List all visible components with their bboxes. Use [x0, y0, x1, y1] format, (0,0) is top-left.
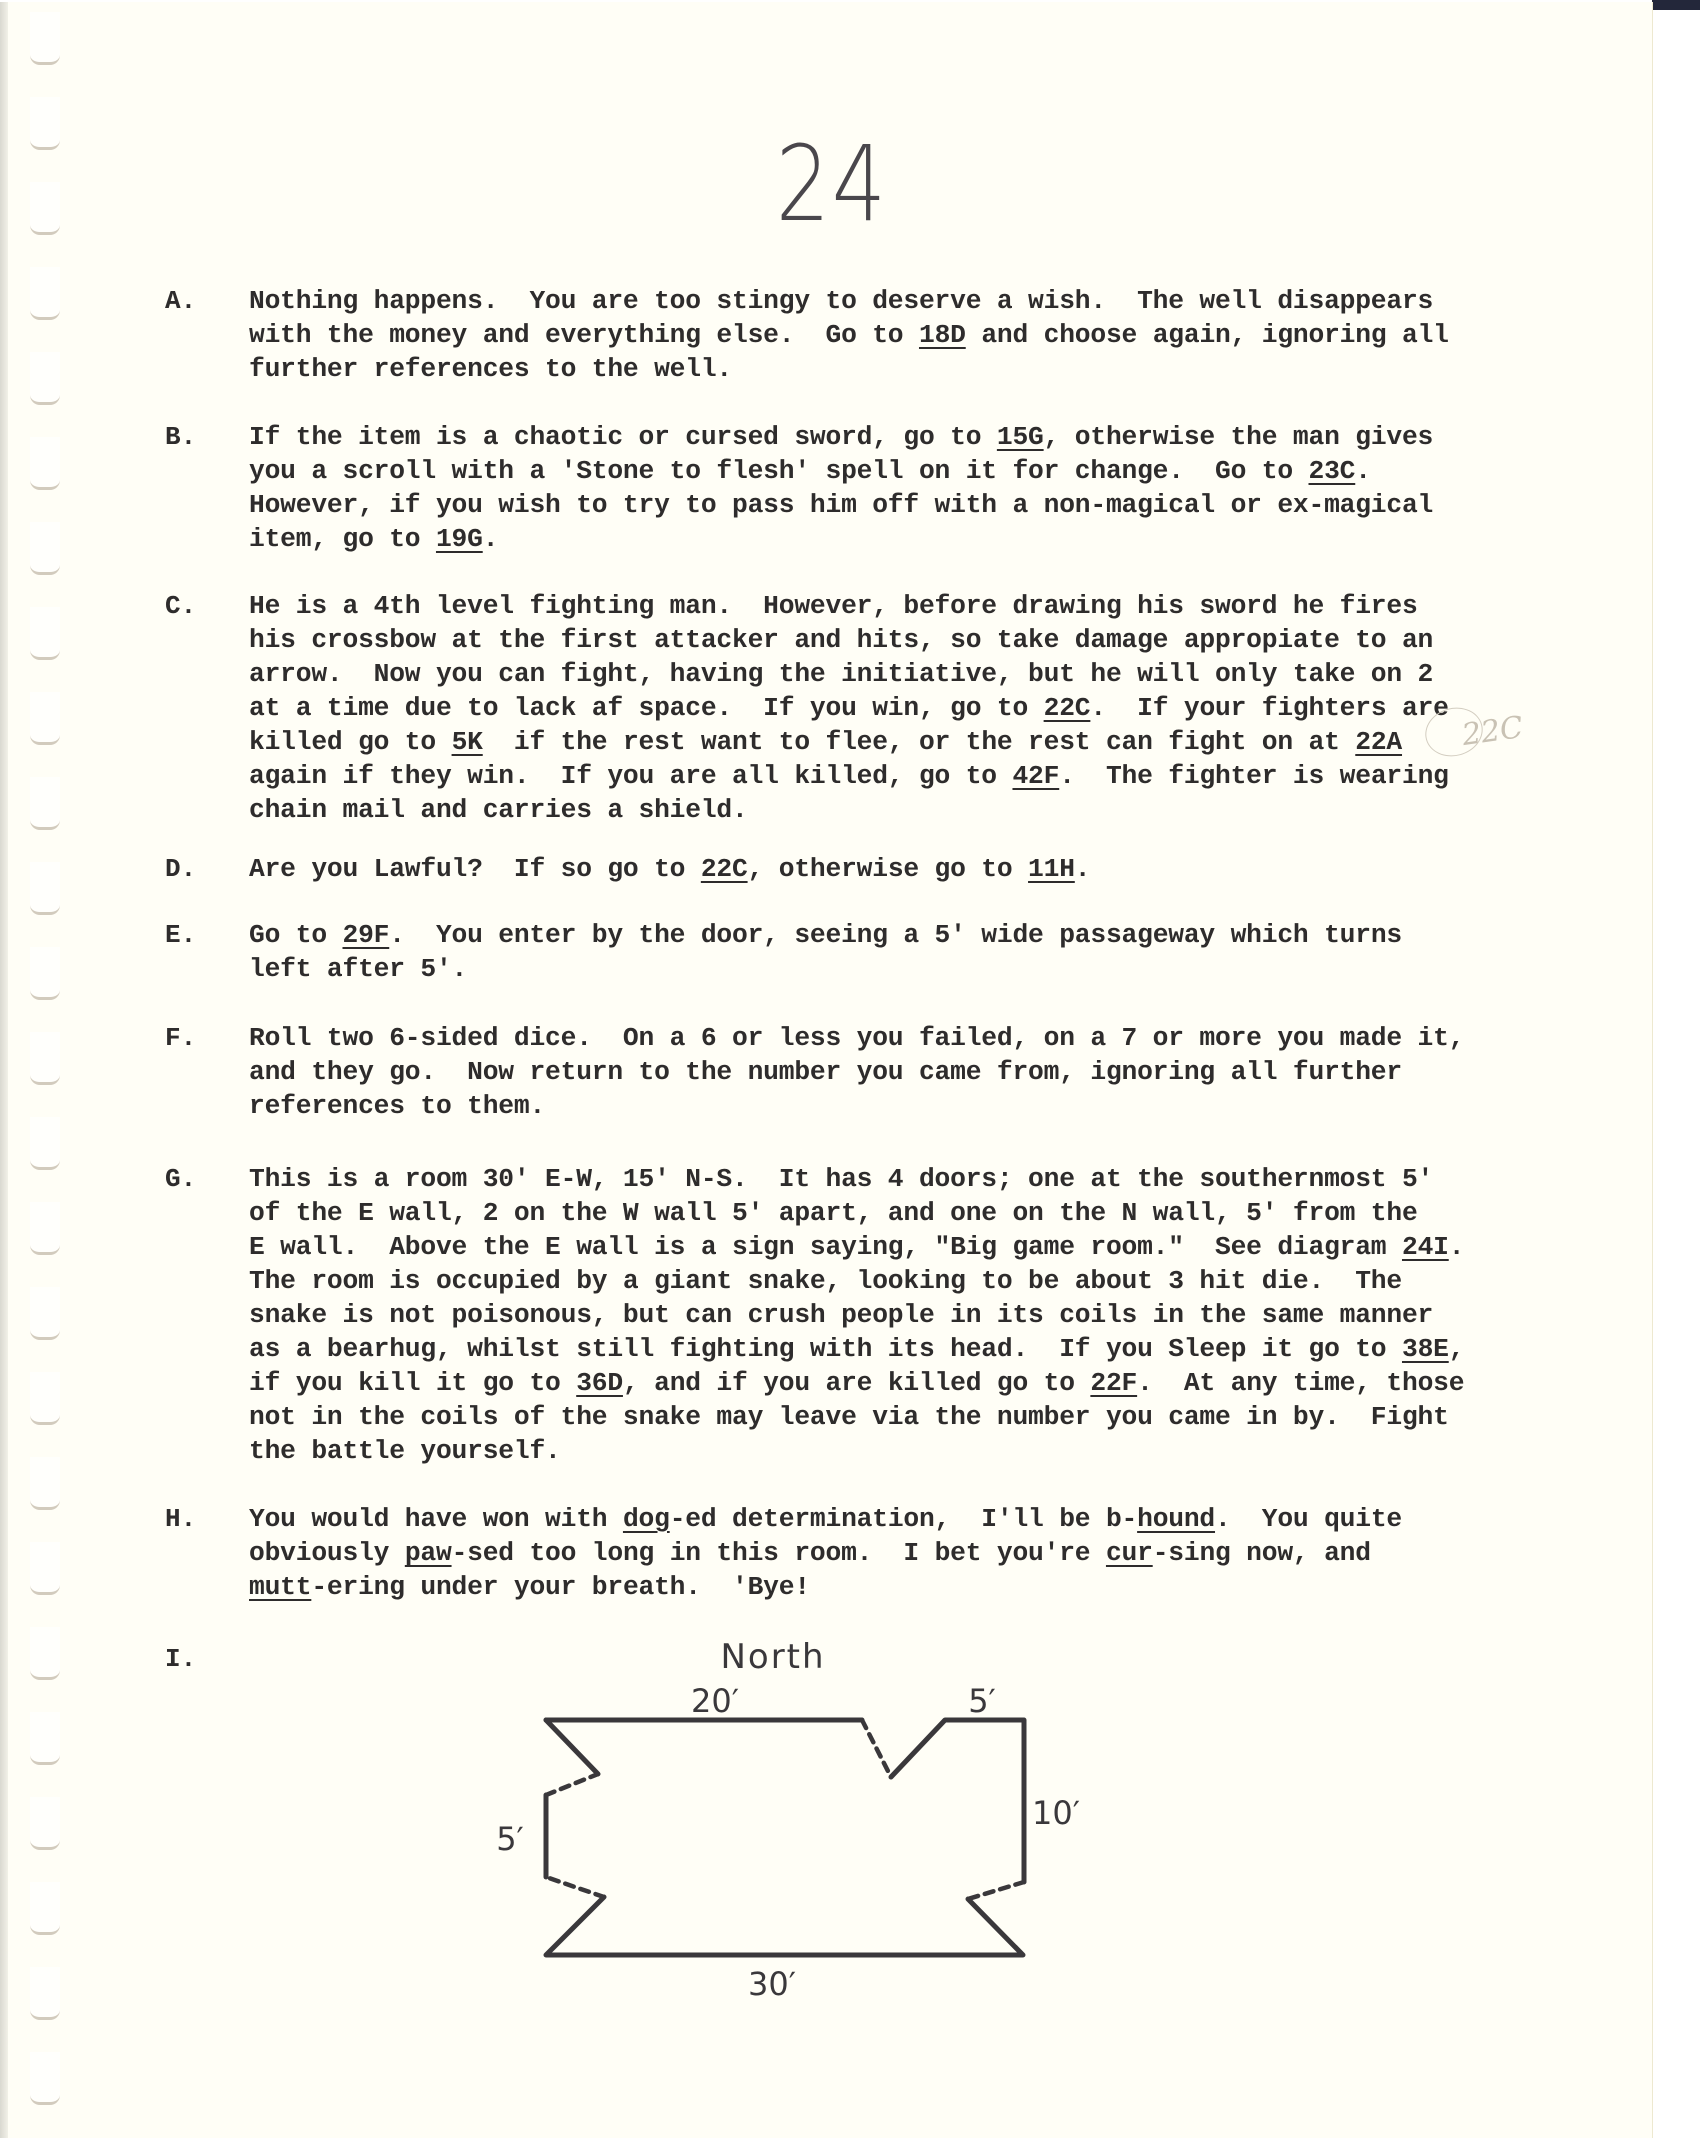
diagram-title: North — [720, 1637, 825, 1677]
door-north — [862, 1720, 891, 1777]
scan-edge-strip — [1652, 0, 1700, 10]
label-west: 5′ — [496, 1820, 524, 1858]
room-diagram: North 20′ 5′ 10′ 5′ 30′ — [0, 2, 1652, 2138]
door-west-lower — [546, 1877, 604, 1897]
label-east: 10′ — [1032, 1794, 1080, 1832]
wall-northwest — [546, 1720, 598, 1774]
door-east — [968, 1882, 1024, 1899]
label-north-west: 20′ — [691, 1682, 739, 1720]
label-north-east: 5′ — [968, 1682, 996, 1720]
wall-north-east — [891, 1720, 1024, 1882]
label-south: 30′ — [748, 1965, 796, 2003]
document-page: 24 A.Nothing happens. You are too stingy… — [0, 2, 1653, 2138]
wall-southeast — [546, 1897, 1023, 1955]
door-west-upper — [546, 1774, 598, 1795]
